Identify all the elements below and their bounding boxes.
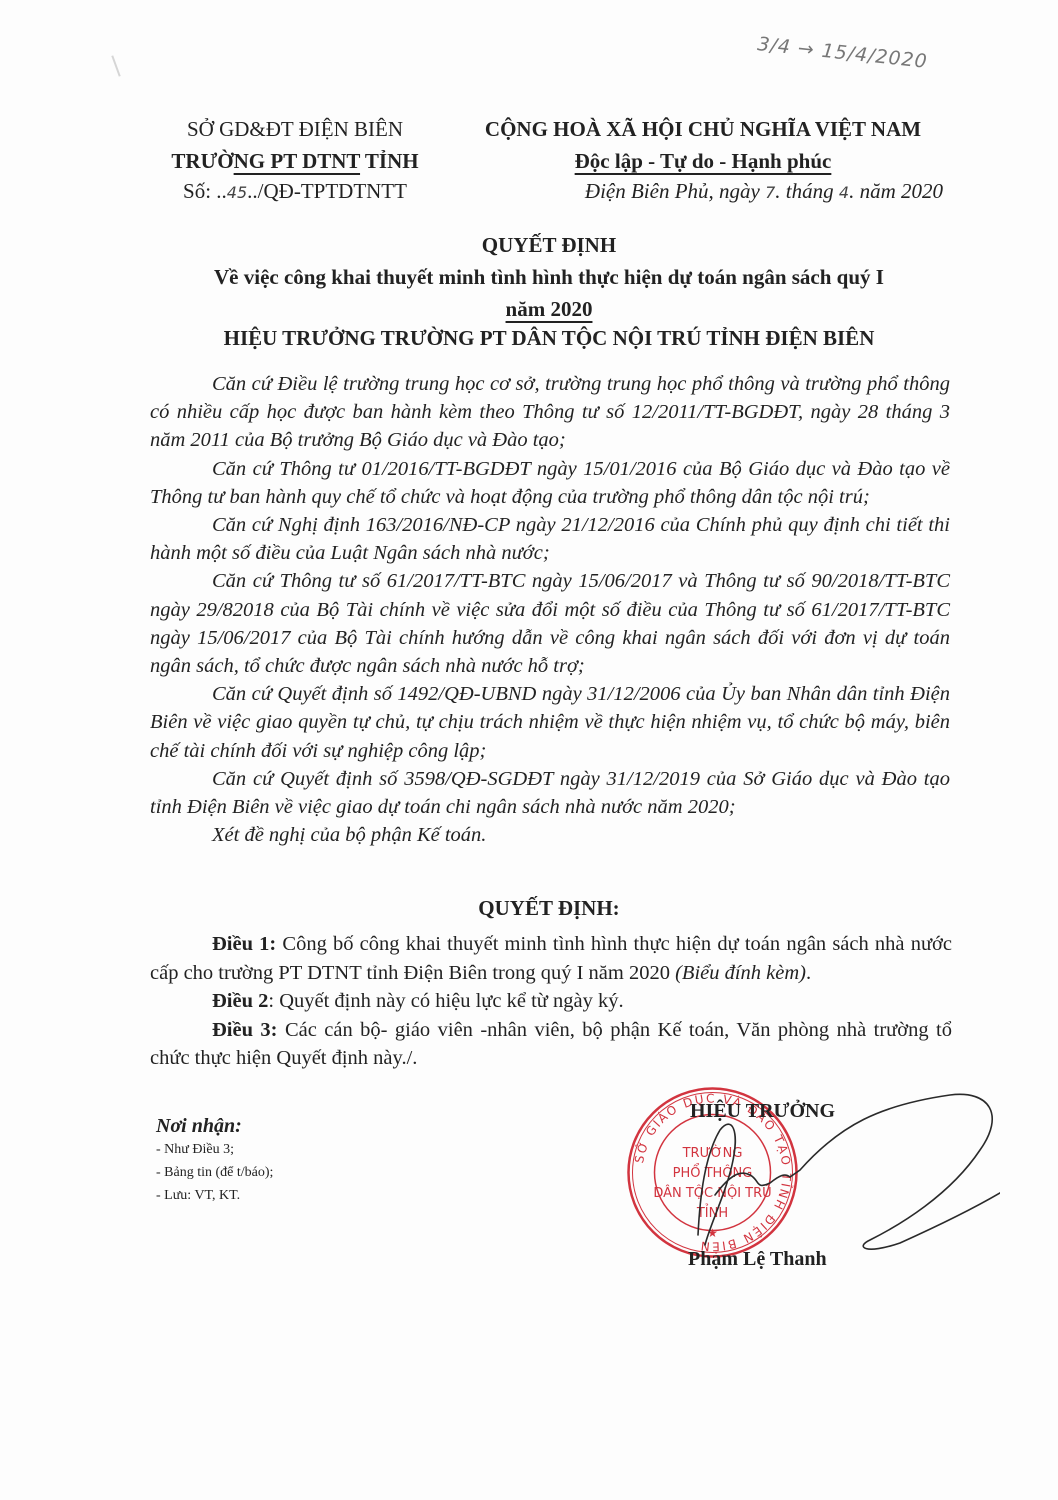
article-label: Điều 2 (212, 990, 268, 1012)
basis-item: Căn cứ Thông tư 01/2016/TT-BGDĐT ngày 15… (150, 455, 950, 511)
legal-basis: Căn cứ Điều lệ trường trung học cơ sở, t… (150, 370, 950, 849)
date-suffix: . năm 2020 (849, 179, 943, 203)
article-1: Điều 1: Công bố công khai thuyết minh tì… (150, 930, 952, 987)
decision-heading: QUYẾT ĐỊNH: (150, 896, 948, 921)
number-prefix: Số: .. (183, 179, 227, 203)
scan-mark (111, 55, 120, 76)
school-name-underlined: NG PT DTNT (234, 149, 360, 173)
title-heading: QUYẾT ĐỊNH (150, 229, 948, 261)
basis-item: Căn cứ Quyết định số 1492/QĐ-UBND ngày 3… (150, 680, 950, 765)
article-3: Điều 3: Các cán bộ- giáo viên -nhân viên… (150, 1016, 952, 1073)
handwritten-signature-icon (660, 1075, 1000, 1275)
issuing-agency-block: SỞ GD&ĐT ĐIỆN BIÊN TRƯỜNG PT DTNT TỈNH (150, 113, 440, 177)
number-handwritten: 45 (227, 183, 247, 202)
article-label: Điều 3: (212, 1019, 278, 1041)
signer-name: Phạm Lệ Thanh (688, 1248, 827, 1271)
title-year: năm 2020 (506, 297, 593, 321)
principal-heading: HIỆU TRƯỞNG TRƯỜNG PT DÂN TỘC NỘI TRÚ TỈ… (150, 326, 948, 351)
handwritten-note: 3/4 → 15/4/2020 (756, 33, 928, 73)
recipient-item: - Lưu: VT, KT. (156, 1184, 456, 1207)
national-header-block: CỘNG HOÀ XÃ HỘI CHỦ NGHĨA VIỆT NAM Độc l… (468, 113, 938, 177)
recipient-item: - Bảng tin (để t/báo); (156, 1161, 456, 1184)
recipients-title: Nơi nhận: (156, 1115, 456, 1138)
document-number: Số: ..45../QĐ-TPTDTNTT (150, 179, 440, 204)
document-page: 3/4 → 15/4/2020 SỞ GD&ĐT ĐIỆN BIÊN TRƯỜN… (0, 0, 1058, 1500)
school-name-part: TRƯỜ (171, 149, 233, 173)
school-name: TRƯỜNG PT DTNT TỈNH (150, 145, 440, 177)
agency-name: SỞ GD&ĐT ĐIỆN BIÊN (150, 113, 440, 145)
articles: Điều 1: Công bố công khai thuyết minh tì… (150, 930, 952, 1073)
national-motto: Độc lập - Tự do - Hạnh phúc (575, 149, 832, 173)
school-name-suffix: TỈNH (360, 149, 419, 173)
article-note: (Biểu đính kèm) (675, 962, 806, 984)
recipient-item: - Như Điều 3; (156, 1138, 456, 1161)
date-month: 4 (839, 183, 849, 202)
title-subject: Về việc công khai thuyết minh tình hình … (150, 261, 948, 293)
number-suffix: ../QĐ-TPTDTNTT (247, 179, 407, 203)
basis-item: Xét đề nghị của bộ phận Kế toán. (150, 821, 950, 849)
article-text: : Quyết định này có hiệu lực kể từ ngày … (268, 990, 623, 1012)
document-date: Điện Biên Phủ, ngày 7. tháng 4. năm 2020 (468, 179, 943, 204)
article-2: Điều 2: Quyết định này có hiệu lực kể từ… (150, 987, 952, 1016)
basis-item: Căn cứ Nghị định 163/2016/NĐ-CP ngày 21/… (150, 511, 950, 567)
basis-item: Căn cứ Thông tư số 61/2017/TT-BTC ngày 1… (150, 567, 950, 680)
basis-item: Căn cứ Điều lệ trường trung học cơ sở, t… (150, 370, 950, 455)
article-end: . (806, 962, 811, 984)
date-day: 7 (765, 183, 775, 202)
nation-name: CỘNG HOÀ XÃ HỘI CHỦ NGHĨA VIỆT NAM (468, 113, 938, 145)
decision-title: QUYẾT ĐỊNH Về việc công khai thuyết minh… (150, 229, 948, 325)
basis-item: Căn cứ Quyết định số 3598/QĐ-SGDĐT ngày … (150, 765, 950, 821)
article-label: Điều 1: (212, 933, 276, 955)
date-mid: . tháng (775, 179, 839, 203)
recipients-block: Nơi nhận: - Như Điều 3; - Bảng tin (để t… (156, 1115, 456, 1207)
date-prefix: Điện Biên Phủ, ngày (585, 179, 765, 203)
